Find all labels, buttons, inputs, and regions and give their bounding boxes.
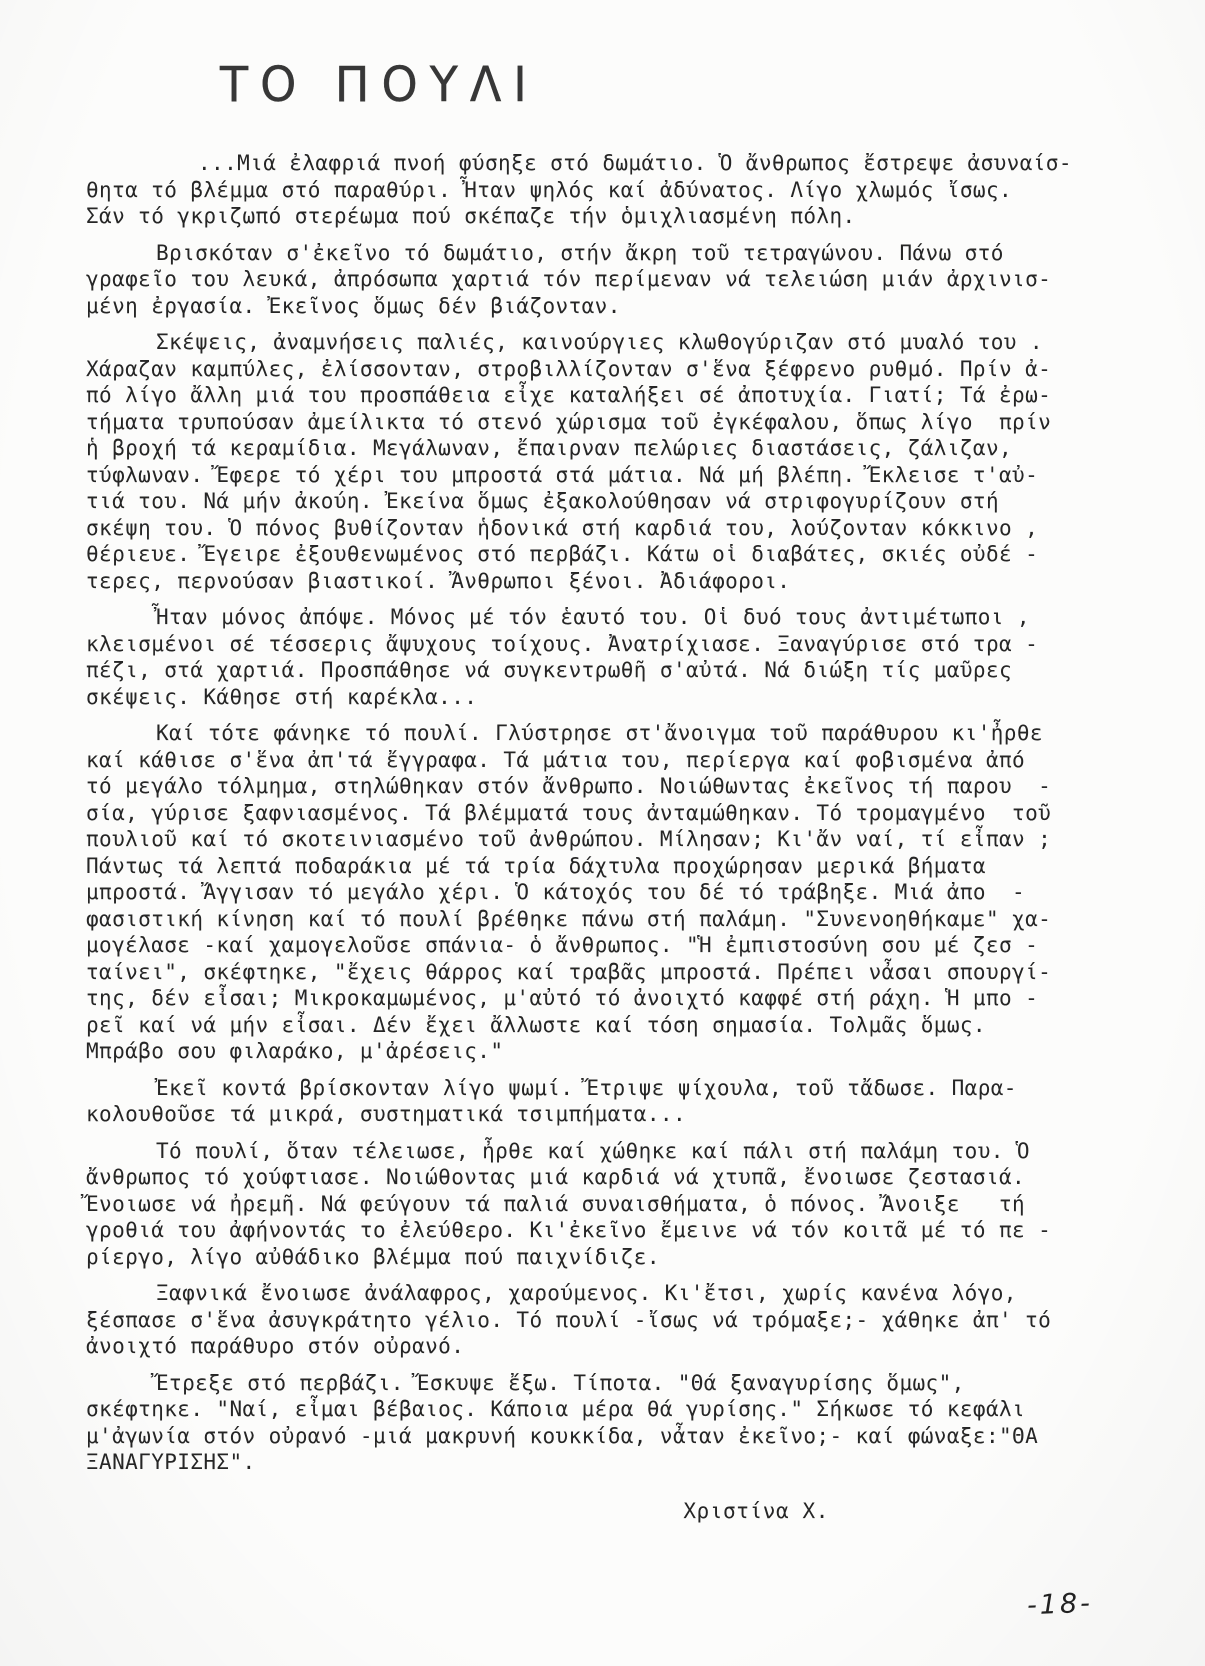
document-body: ...Μιά ἐλαφριά πνοή φύσηξε στό δωμάτιο. … <box>86 150 1135 1476</box>
paragraph-1: ...Μιά ἐλαφριά πνοή φύσηξε στό δωμάτιο. … <box>86 150 1135 230</box>
paragraph-3: Σκέψεις, ἀναμνήσεις παλιές, καινούργιες … <box>86 329 1135 594</box>
paragraph-9: Ἔτρεξε στό περβάζι. Ἔσκυψε ἔξω. Τίποτα. … <box>86 1370 1135 1476</box>
paragraph-5: Καί τότε φάνηκε τό πουλί. Γλύστρησε στ'ἄ… <box>86 720 1135 1065</box>
paragraph-2: Βρισκόταν σ'ἐκεῖνο τό δωμάτιο, στήν ἄκρη… <box>86 240 1135 320</box>
paragraph-7: Τό πουλί, ὅταν τέλειωσε, ἦρθε καί χώθηκε… <box>86 1138 1135 1271</box>
paragraph-4: Ἦταν μόνος ἀπόψε. Μόνος μέ τόν ἑαυτό του… <box>86 604 1135 710</box>
paragraph-8: Ξαφνικά ἔνοιωσε ἀνάλαφρος, χαρούμενος. Κ… <box>86 1280 1135 1360</box>
author-signature: Χριστίνα Χ. <box>86 1498 1135 1525</box>
page-title: ΤΟ ΠΟΥΛΙ <box>220 56 1135 113</box>
page-number: -18- <box>1027 1588 1094 1621</box>
paragraph-6: Ἐκεῖ κοντά βρίσκονταν λίγο ψωμί. Ἔτριψε … <box>86 1075 1135 1128</box>
scanned-document-page: ΤΟ ΠΟΥΛΙ ...Μιά ἐλαφριά πνοή φύσηξε στό … <box>0 0 1205 1666</box>
